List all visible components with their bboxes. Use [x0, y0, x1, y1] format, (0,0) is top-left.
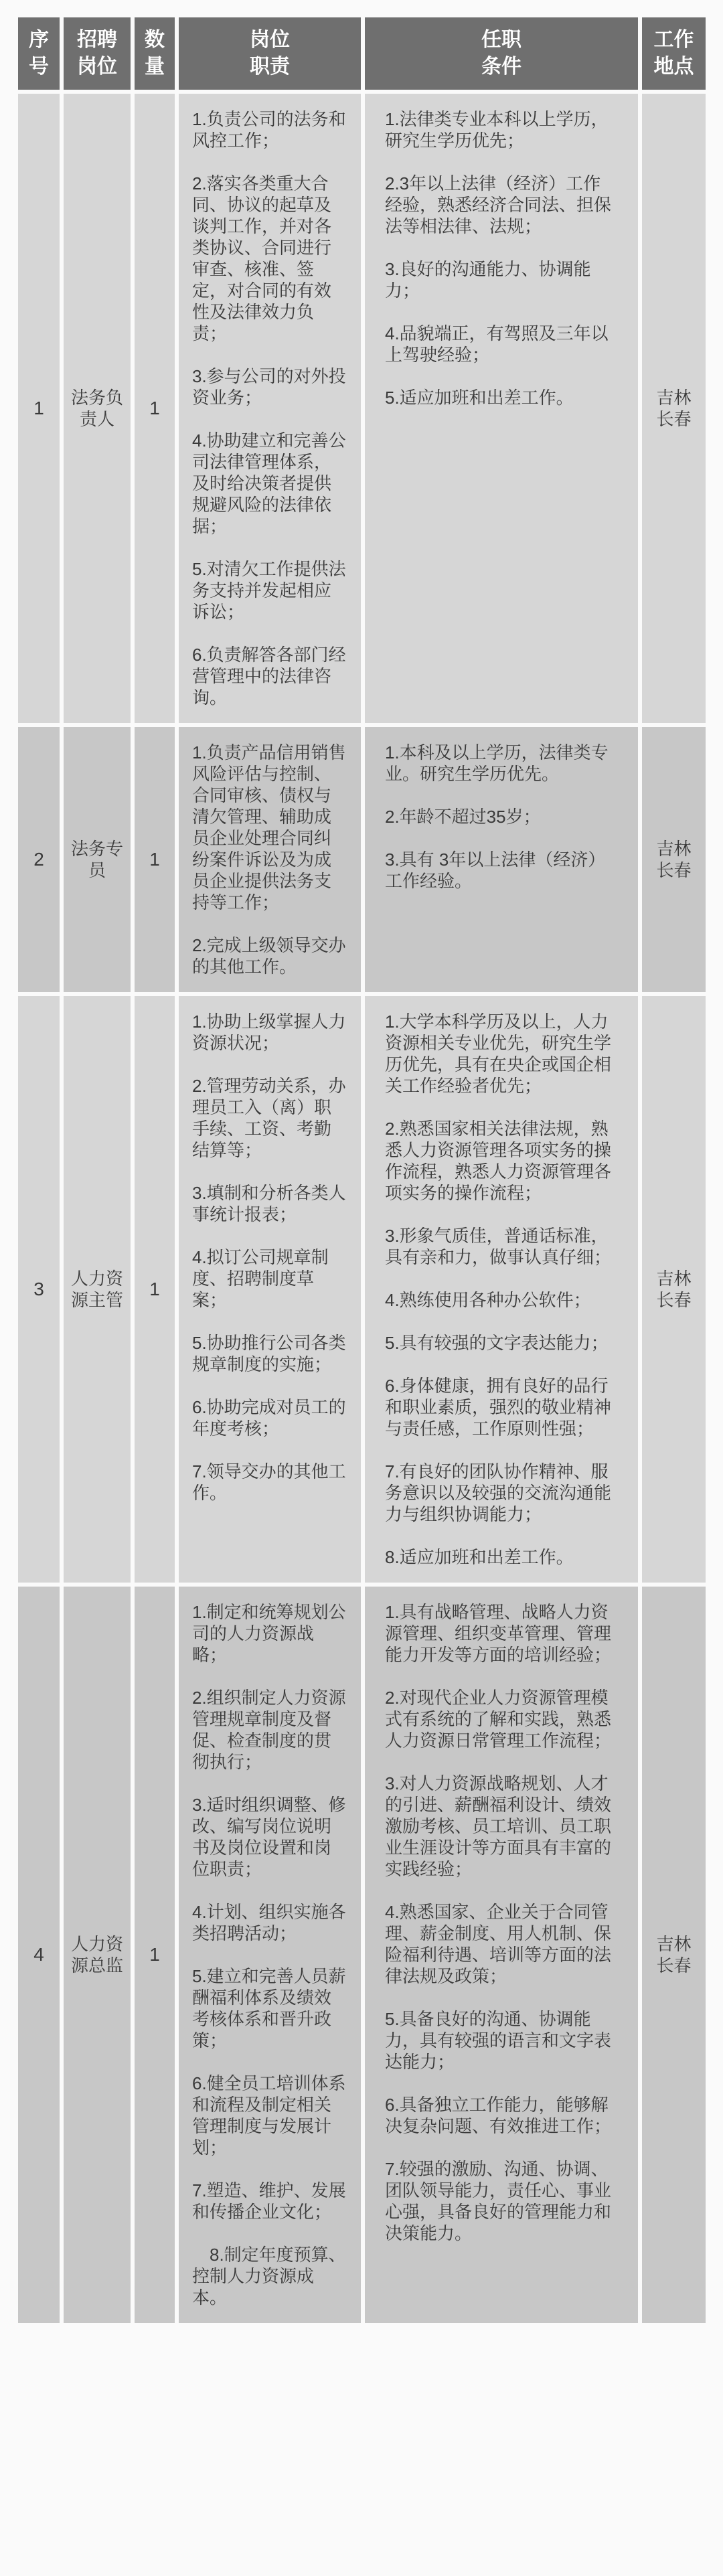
job-table: 序 号 招聘 岗位 数 量 岗位 职责 任职 条件 工作 地点 1 法务负责人 … — [14, 13, 710, 2327]
row1-duties-text: 1.负责公司的法务和风控工作； 2.落实各类重大合同、协议的起草及谈判工作，并对… — [179, 94, 361, 723]
table-row-2: 2 法务专员 1 1.负责产品信用销售风险评估与控制、合同审核、债权与清欠管理、… — [18, 727, 706, 992]
table-row-4: 4 人力资源总监 1 1.制定和统筹规划公司的人力资源战略； 2.组织制定人力资… — [18, 1587, 706, 2323]
row2-serial-number: 2 — [18, 727, 60, 992]
row4-duties-text: 1.制定和统筹规划公司的人力资源战略； 2.组织制定人力资源管理规章制度及督促、… — [179, 1587, 361, 2323]
row4-position-name: 人力资源总监 — [64, 1587, 131, 2323]
col-header-serial-number: 序 号 — [18, 17, 60, 90]
col-header-location: 工作 地点 — [642, 17, 706, 90]
row4-work-location: 吉林 长春 — [642, 1587, 706, 2323]
row1-qualifications-text: 1.法律类专业本科以上学历，研究生学历优先； 2.3年以上法律（经济）工作经验，… — [365, 94, 638, 723]
row1-work-location: 吉林 长春 — [642, 94, 706, 723]
row3-serial-number: 3 — [18, 996, 60, 1583]
row1-serial-number: 1 — [18, 94, 60, 723]
row3-headcount: 1 — [135, 996, 175, 1583]
row4-qualifications-text: 1.具有战略管理、战略人力资源管理、组织变革管理、管理能力开发等方面的培训经验；… — [365, 1587, 638, 2323]
row1-position-name: 法务负责人 — [64, 94, 131, 723]
row4-headcount: 1 — [135, 1587, 175, 2323]
col-header-duties: 岗位 职责 — [179, 17, 361, 90]
col-header-qualifications: 任职 条件 — [365, 17, 638, 90]
row4-serial-number: 4 — [18, 1587, 60, 2323]
header-row: 序 号 招聘 岗位 数 量 岗位 职责 任职 条件 工作 地点 — [18, 17, 706, 90]
table-row-3: 3 人力资源主管 1 1.协助上级掌握人力资源状况； 2.管理劳动关系，办理员工… — [18, 996, 706, 1583]
table-row-1: 1 法务负责人 1 1.负责公司的法务和风控工作； 2.落实各类重大合同、协议的… — [18, 94, 706, 723]
row1-headcount: 1 — [135, 94, 175, 723]
recruitment-page: 序 号 招聘 岗位 数 量 岗位 职责 任职 条件 工作 地点 1 法务负责人 … — [0, 0, 723, 2576]
row2-work-location: 吉林 长春 — [642, 727, 706, 992]
row2-qualifications-text: 1.本科及以上学历，法律类专业。研究生学历优先。 2.年龄不超过35岁； 3.具… — [365, 727, 638, 992]
row3-duties-text: 1.协助上级掌握人力资源状况； 2.管理劳动关系，办理员工入（离）职手续、工资、… — [179, 996, 361, 1583]
row3-position-name: 人力资源主管 — [64, 996, 131, 1583]
row3-qualifications-text: 1.大学本科学历及以上，人力资源相关专业优先，研究生学历优先，具有在央企或国企相… — [365, 996, 638, 1583]
row2-headcount: 1 — [135, 727, 175, 992]
col-header-quantity: 数 量 — [135, 17, 175, 90]
row2-position-name: 法务专员 — [64, 727, 131, 992]
row2-duties-text: 1.负责产品信用销售风险评估与控制、合同审核、债权与清欠管理、辅助成员企业处理合… — [179, 727, 361, 992]
col-header-position: 招聘 岗位 — [64, 17, 131, 90]
row3-work-location: 吉林 长春 — [642, 996, 706, 1583]
